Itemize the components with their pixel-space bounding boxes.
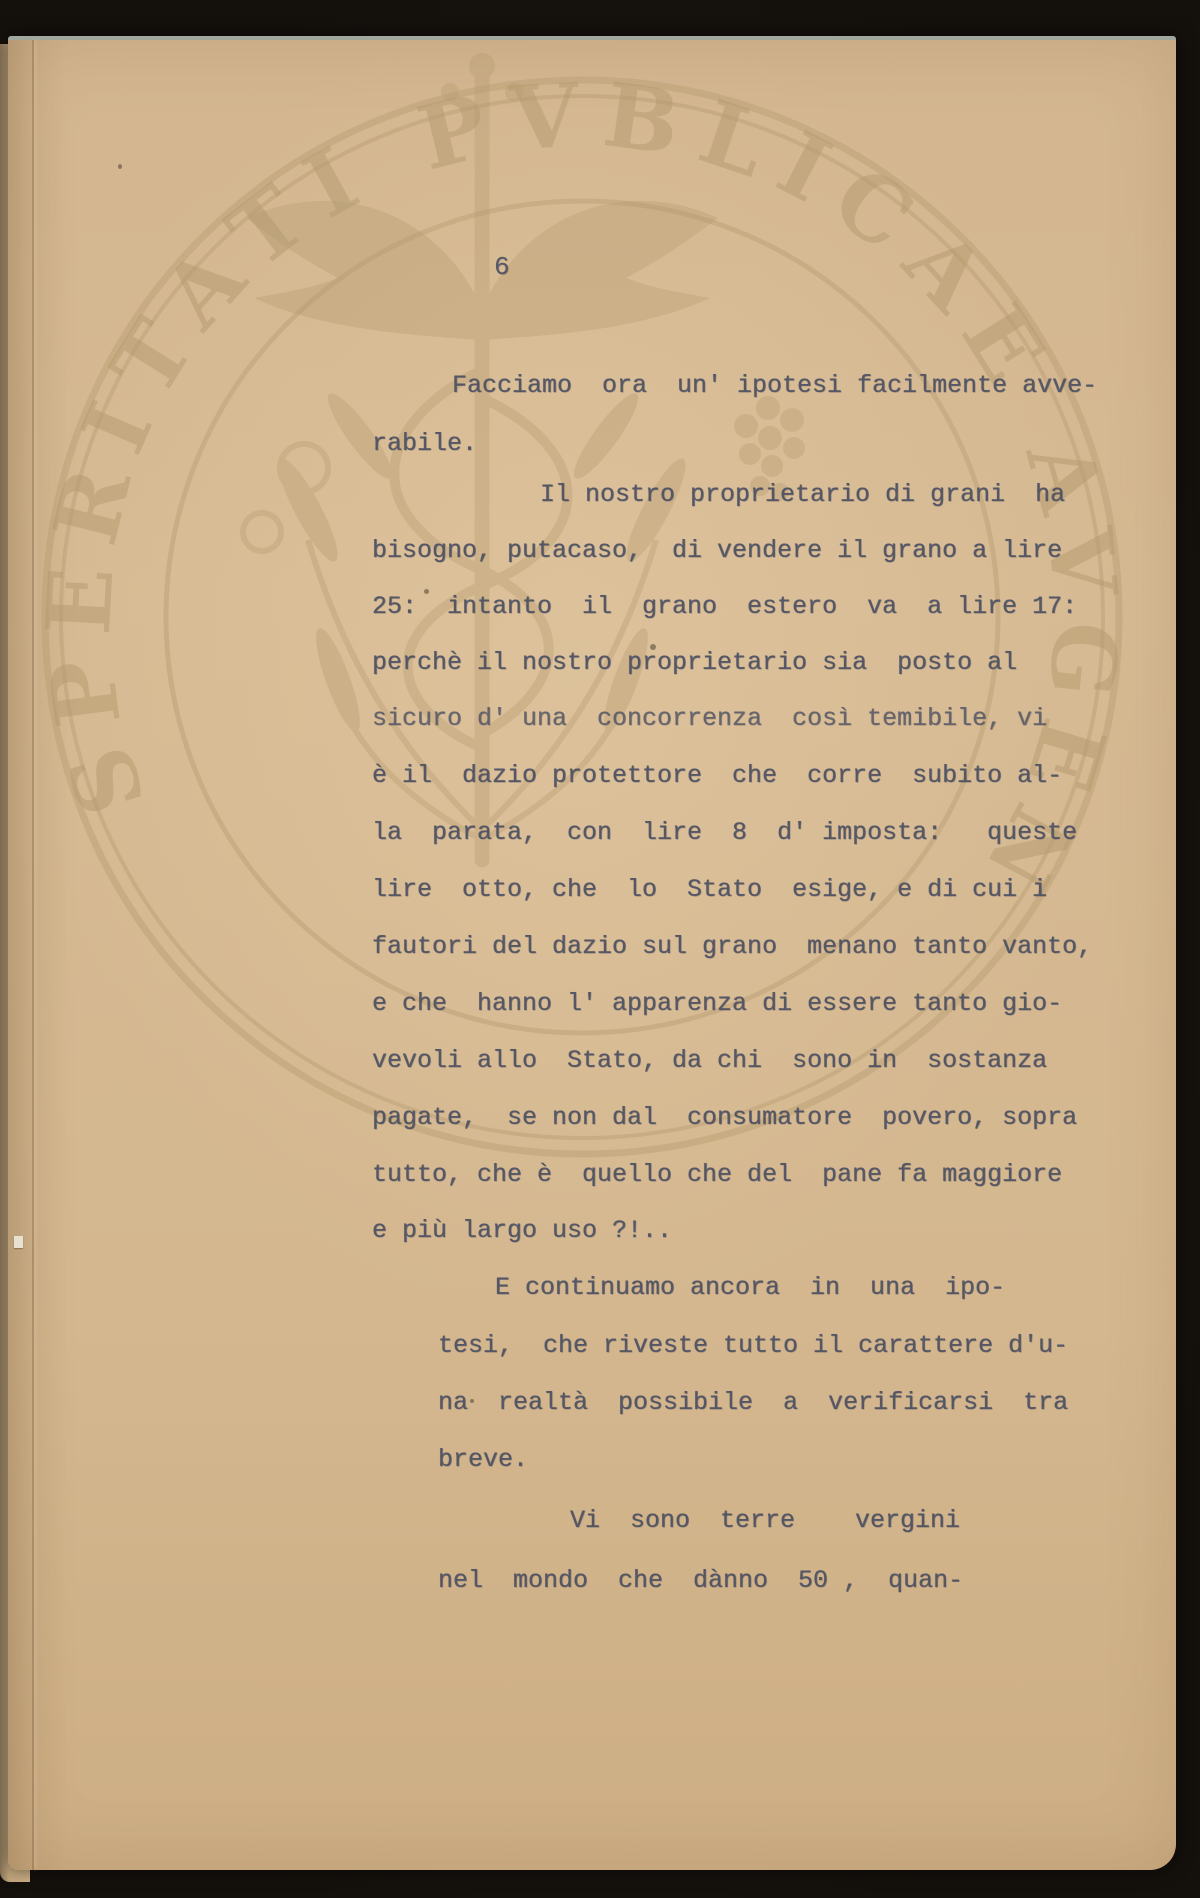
typewritten-line: perchè il nostro proprietario sia posto … [372, 649, 1017, 677]
typewritten-line: è il dazio protettore che corre subito a… [372, 762, 1062, 790]
typewritten-line: nel mondo che dànno 50 , quan- [438, 1567, 963, 1595]
typewritten-line: e più largo uso ?!.. [372, 1217, 672, 1245]
typewritten-line: e che hanno l' apparenza di essere tanto… [372, 990, 1062, 1018]
typewritten-line: vevoli allo Stato, da chi sono in sostan… [372, 1047, 1047, 1075]
typewritten-line: na realtà possibile a verificarsi tra [438, 1389, 1068, 1417]
typewritten-line: Vi sono terre vergini [570, 1507, 960, 1535]
typewritten-line: rabile. [372, 430, 477, 458]
typewritten-line: tesi, che riveste tutto il carattere d'u… [438, 1332, 1068, 1360]
book-scan: PROSPERITATI PVBLICAE AVGENDAE [0, 0, 1200, 1898]
typewritten-line: E continuamo ancora in una ipo- [495, 1274, 1005, 1302]
typewritten-line: 25: intanto il grano estero va a lire 17… [372, 593, 1077, 621]
typewritten-line: Il nostro proprietario di grani ha [540, 481, 1065, 509]
typewritten-text-block: 6 Facciamo ora un' ipotesi facilmente av… [8, 40, 1176, 1870]
document-page: PROSPERITATI PVBLICAE AVGENDAE [8, 36, 1176, 1870]
typewritten-line: sicuro d' una concorrenza così temibile,… [372, 705, 1047, 733]
typewritten-line: tutto, che è quello che del pane fa magg… [372, 1161, 1062, 1189]
typewritten-line: breve. [438, 1446, 528, 1474]
typewritten-line: bisogno, putacaso, di vendere il grano a… [372, 537, 1062, 565]
page-number: 6 [494, 252, 510, 282]
typewritten-line: pagate, se non dal consumatore povero, s… [372, 1104, 1077, 1132]
typewritten-line: la parata, con lire 8 d' imposta: queste [372, 819, 1077, 847]
typewritten-line: lire otto, che lo Stato esige, e di cui … [372, 876, 1047, 904]
typewritten-line: fautori del dazio sul grano menano tanto… [372, 933, 1092, 961]
typewritten-line: Facciamo ora un' ipotesi facilmente avve… [452, 372, 1097, 400]
